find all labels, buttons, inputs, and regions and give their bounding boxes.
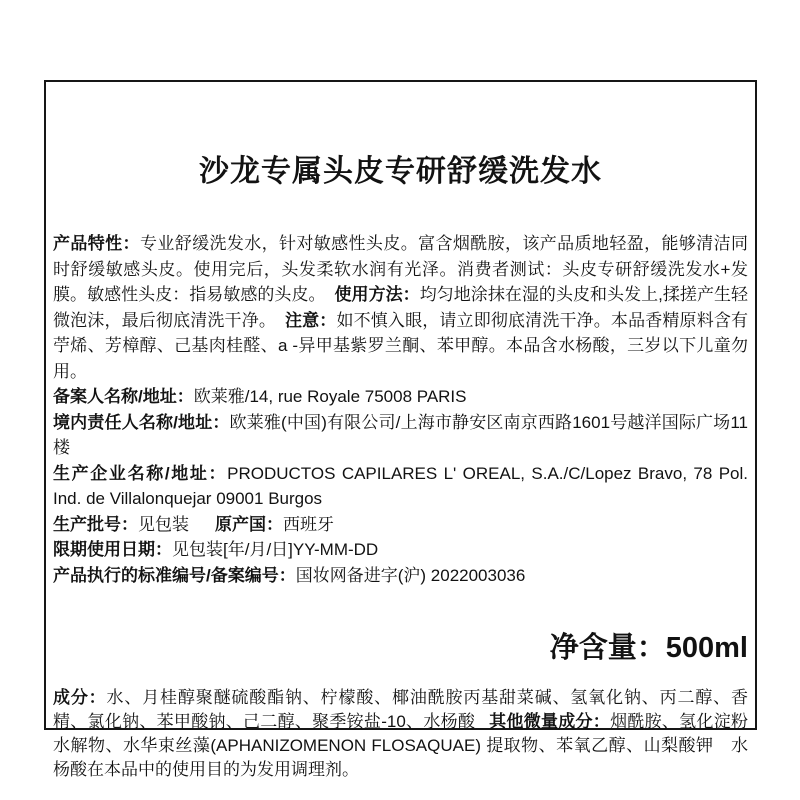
product-title: 沙龙专属头皮专研舒缓洗发水 (52, 153, 749, 191)
origin-value: 西班牙 (283, 515, 334, 534)
batch-value: 见包装 (138, 515, 189, 534)
ingredients-label: 成分： (53, 688, 107, 707)
product-label-sheet: 沙龙专属头皮专研舒缓洗发水 产品特性：专业舒缓洗发水，针对敏感性头皮。富含烟酰胺… (44, 80, 757, 730)
filer-value: 欧莱雅/14, rue Royale 75008 PARIS (194, 387, 467, 406)
batch-label: 生产批号： (53, 515, 138, 534)
net-content-value: 500ml (666, 632, 748, 664)
standard-number-value: 国妆网备进字(沪) 2022003036 (296, 566, 526, 585)
info-row-filer: 备案人名称/地址：欧莱雅/14, rue Royale 75008 PARIS (53, 384, 748, 410)
info-row-manufacturer: 生产企业名称/地址：PRODUCTOS CAPILARES L' OREAL, … (53, 461, 748, 512)
usage-label: 使用方法： (335, 285, 420, 304)
info-row-standard-number: 产品执行的标准编号/备案编号：国妆网备进字(沪) 2022003036 (53, 563, 748, 589)
info-row-batch-origin: 生产批号：见包装原产国：西班牙 (53, 512, 748, 538)
info-row-domestic-responsible: 境内责任人名称/地址：欧莱雅(中国)有限公司/上海市静安区南京西路1601号越洋… (53, 410, 748, 461)
expiry-label: 限期使用日期： (53, 540, 172, 559)
net-content-label: 净含量： (550, 632, 666, 664)
features-label: 产品特性： (53, 234, 140, 253)
expiry-value: 见包装[年/月/日]YY-MM-DD (172, 540, 378, 559)
product-features-paragraph: 产品特性：专业舒缓洗发水，针对敏感性头皮。富含烟酰胺，该产品质地轻盈，能够清洁同… (53, 231, 748, 384)
ingredients-paragraph: 成分：水、月桂醇聚醚硫酸酯钠、柠檬酸、椰油酰胺丙基甜菜碱、氢氧化钠、丙二醇、香精… (53, 686, 748, 782)
registration-info: 备案人名称/地址：欧莱雅/14, rue Royale 75008 PARIS … (52, 384, 749, 588)
trace-ingredients-label: 其他微量成分： (489, 712, 610, 731)
filer-label: 备案人名称/地址： (53, 387, 194, 406)
domestic-responsible-label: 境内责任人名称/地址： (53, 413, 230, 432)
manufacturer-label: 生产企业名称/地址： (53, 464, 227, 483)
net-content: 净含量：500ml (53, 630, 748, 666)
origin-label: 原产国： (215, 515, 283, 534)
standard-number-label: 产品执行的标准编号/备案编号： (53, 566, 296, 585)
caution-label: 注意： (285, 311, 336, 330)
info-row-expiry: 限期使用日期：见包装[年/月/日]YY-MM-DD (53, 537, 748, 563)
